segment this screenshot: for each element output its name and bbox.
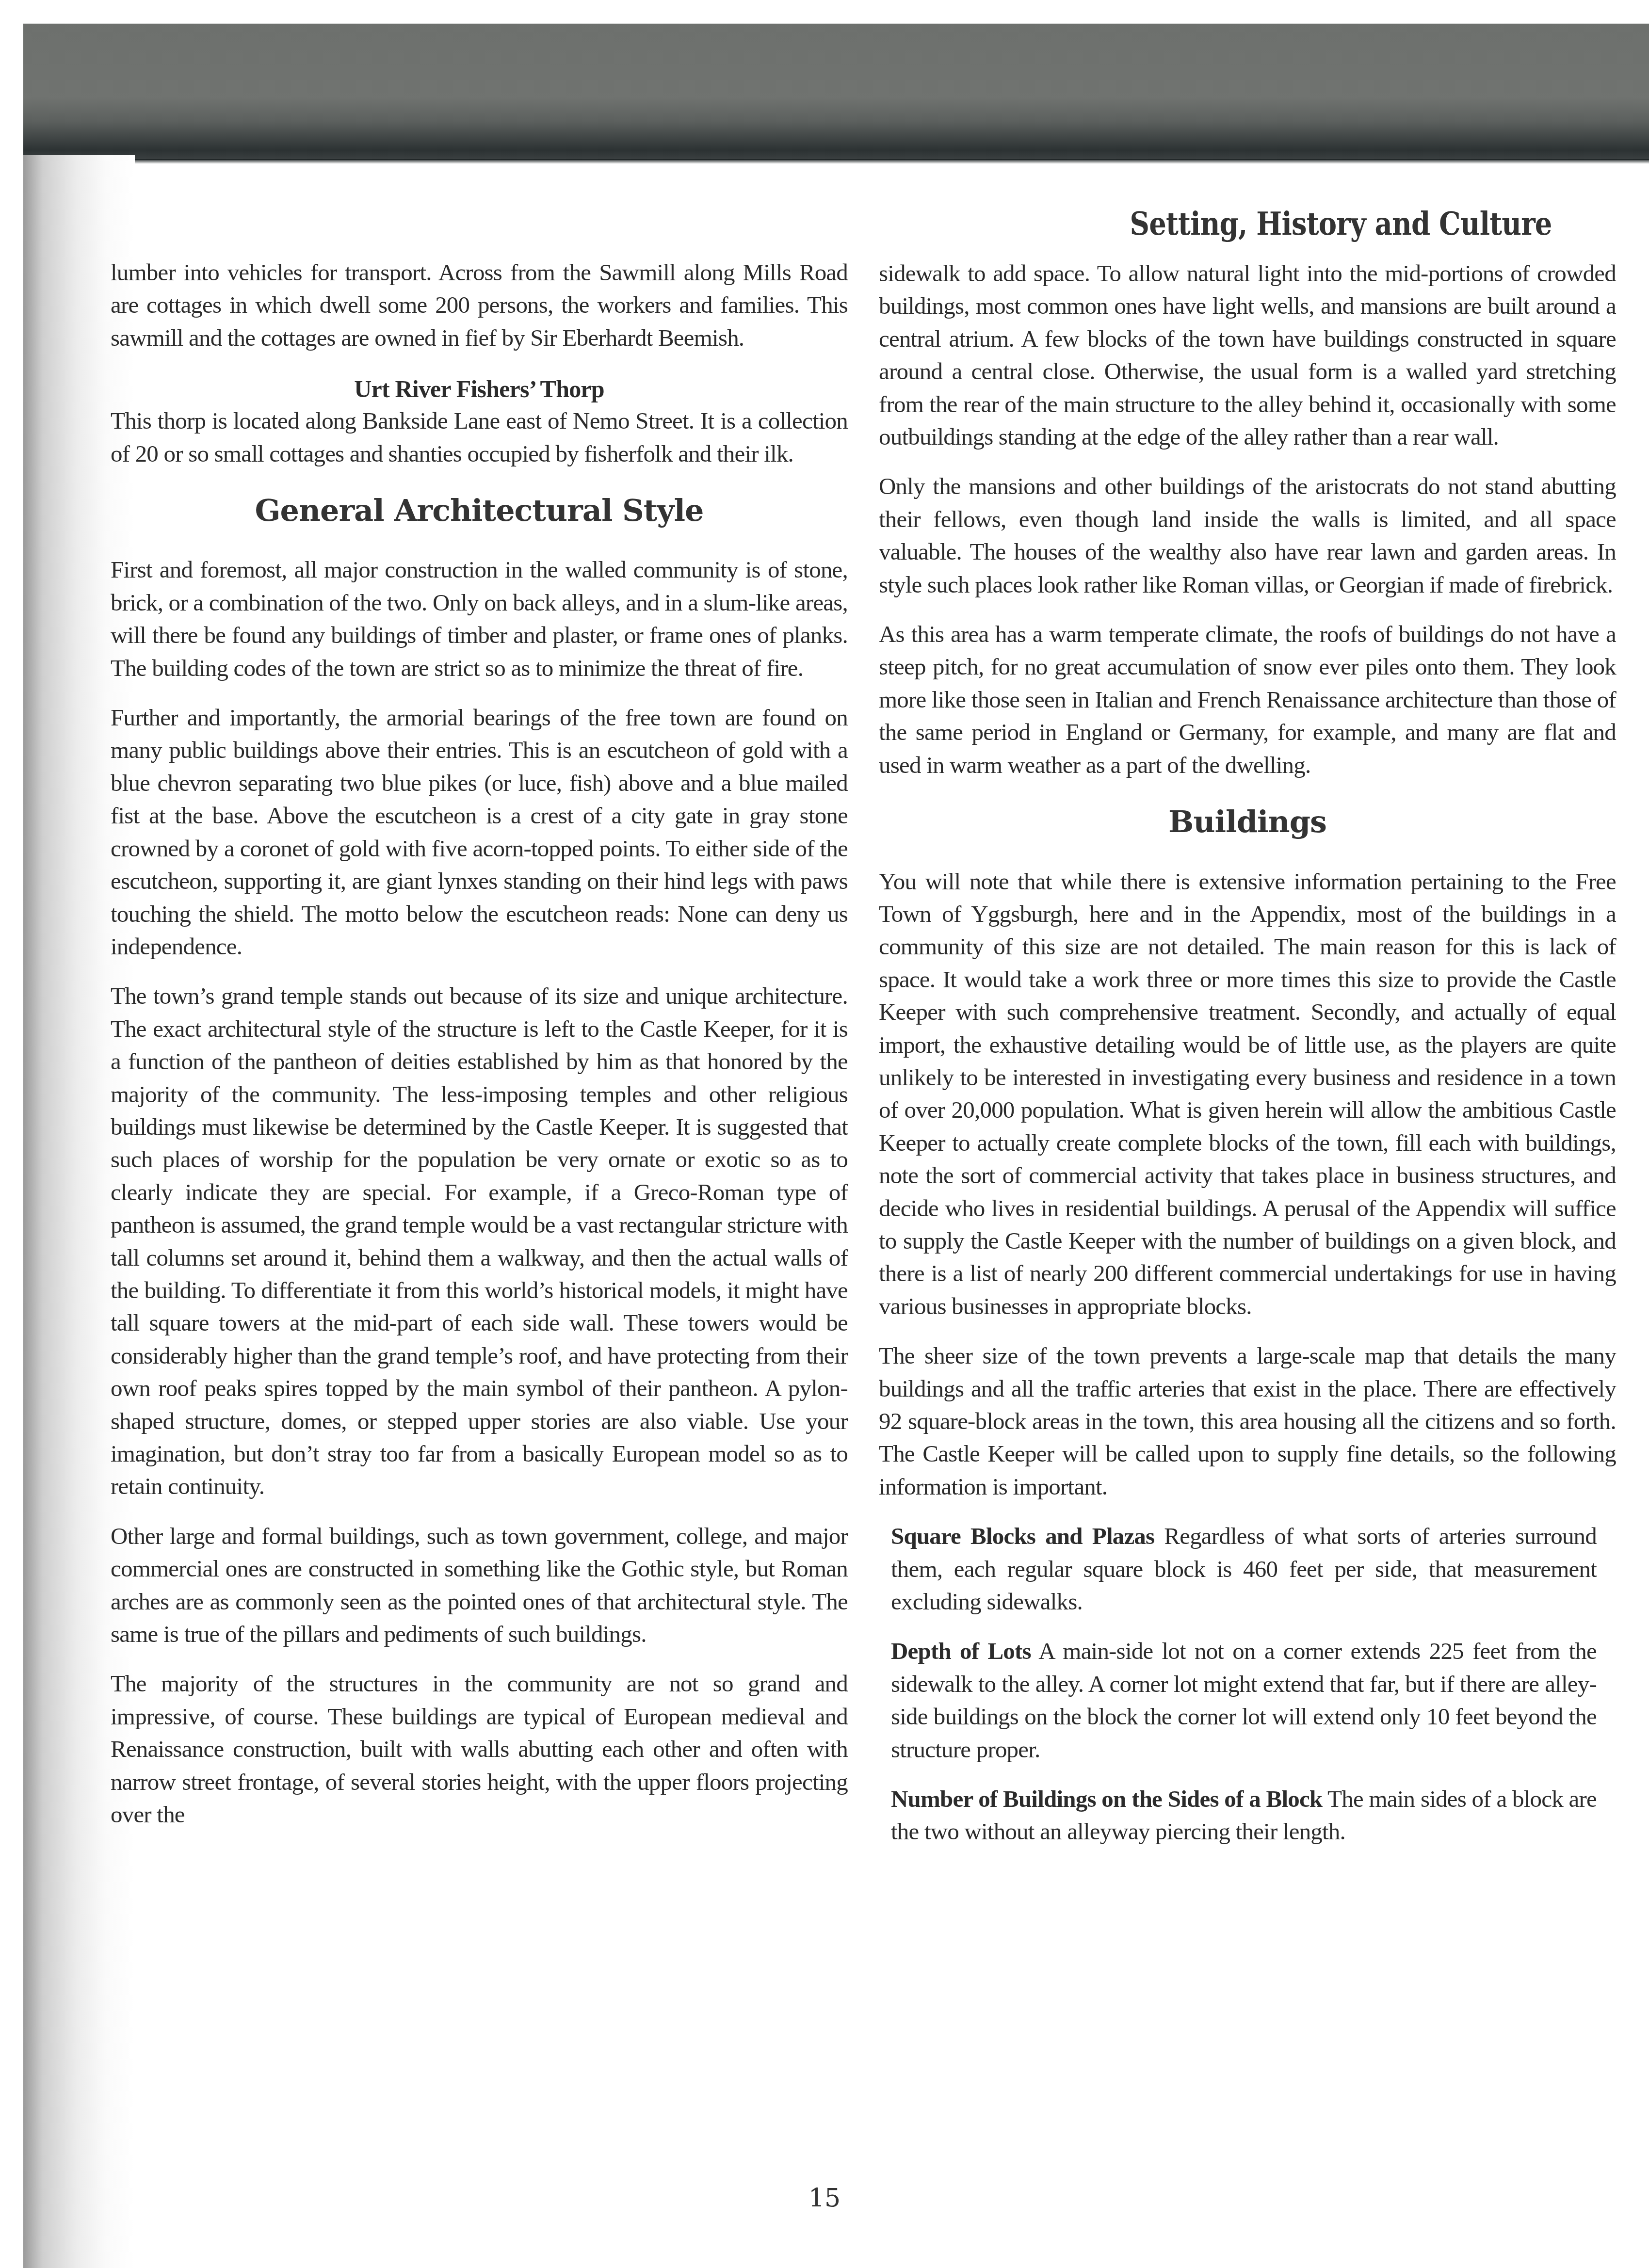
scanner-shadow xyxy=(23,0,1649,160)
paragraph: The majority of the structures in the co… xyxy=(111,1667,848,1831)
paragraph: This thorp is located along Bankside Lan… xyxy=(111,404,848,470)
paragraph: First and foremost, all major constructi… xyxy=(111,553,848,684)
right-column: sidewalk to add space. To allow natural … xyxy=(879,257,1616,1865)
paragraph: The sheer size of the town prevents a la… xyxy=(879,1339,1616,1503)
definition-entry: Number of Buildings on the Sides of a Bl… xyxy=(879,1783,1616,1848)
scan-margin xyxy=(0,0,23,2268)
section-heading-buildings: Buildings xyxy=(879,805,1616,838)
entry-term: Number of Buildings on the Sides of a Bl… xyxy=(891,1785,1322,1812)
paragraph: lumber into vehicles for transport. Acro… xyxy=(111,256,848,354)
paragraph: The town’s grand temple stands out becau… xyxy=(111,980,848,1503)
entry-term: Square Blocks and Plazas xyxy=(891,1523,1154,1549)
paragraph: Other large and formal buildings, such a… xyxy=(111,1520,848,1651)
section-heading-architectural-style: General Architectural Style xyxy=(111,494,848,527)
running-head: Setting, History and Culture xyxy=(1130,205,1552,242)
paragraph: You will note that while there is extens… xyxy=(879,865,1616,1323)
paragraph: Further and importantly, the armorial be… xyxy=(111,701,848,963)
entry-term: Depth of Lots xyxy=(891,1638,1031,1664)
definition-entry: Depth of Lots A main-side lot not on a c… xyxy=(879,1635,1616,1766)
paragraph: Only the mansions and other buildings of… xyxy=(879,470,1616,601)
paragraph: sidewalk to add space. To allow natural … xyxy=(879,257,1616,453)
page-number: 15 xyxy=(727,2184,921,2213)
subheading-fishers-thorp: Urt River Fishers’ Thorp xyxy=(111,373,848,404)
left-column: lumber into vehicles for transport. Acro… xyxy=(111,256,848,1848)
paragraph: As this area has a warm temperate climat… xyxy=(879,618,1616,781)
definition-entry: Square Blocks and Plazas Regardless of w… xyxy=(879,1520,1616,1618)
